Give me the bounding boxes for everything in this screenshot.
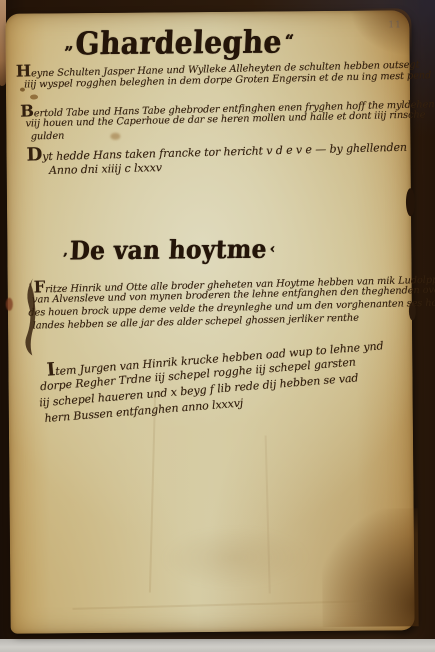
paper-crease xyxy=(149,395,156,593)
heading-flourish-mark: ‹ xyxy=(266,239,277,256)
heading-text: De van hoytme xyxy=(69,234,267,266)
folio-number: 11 xyxy=(388,20,402,30)
paper-wrinkle xyxy=(72,600,372,610)
manuscript-line: Anno dni xiiij c lxxxv xyxy=(49,162,162,177)
manuscript-line: Dyt hedde Hans taken francke tor hericht… xyxy=(26,140,407,164)
heading-text: Ghardeleghe xyxy=(75,23,283,62)
manuscript-photo: 11 „Ghardeleghe“ Heyne Schulten Jasper H… xyxy=(0,0,435,652)
paper-stain xyxy=(110,133,120,140)
manuscript-line: gulden xyxy=(31,131,65,144)
burn-stain-top-right xyxy=(349,8,411,57)
burn-stain-bottom-right xyxy=(322,508,419,627)
heading-flourish-mark: „ xyxy=(61,33,76,53)
table-surface-strip xyxy=(0,639,435,652)
paper-crease xyxy=(265,436,271,594)
ink-blot xyxy=(30,94,38,99)
torn-edge-notch xyxy=(406,188,415,216)
paper-smudge xyxy=(160,525,311,590)
red-stain-left-edge xyxy=(6,298,13,311)
section-heading-de-van-hoytme: ‚De van hoytme‹ xyxy=(60,234,278,266)
heading-flourish-mark: “ xyxy=(281,31,296,51)
section-heading-ghardeleghe: „Ghardeleghe“ xyxy=(61,23,297,62)
manuscript-page: 11 „Ghardeleghe“ Heyne Schulten Jasper H… xyxy=(5,10,414,634)
